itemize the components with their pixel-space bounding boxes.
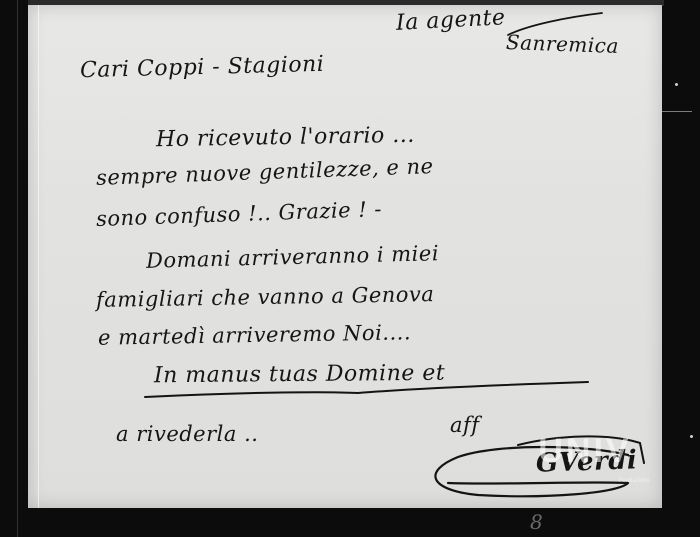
- address-line-2: Sanremica: [506, 30, 620, 58]
- frame-number: 8: [530, 510, 543, 534]
- dust-speck: [690, 435, 693, 438]
- film-scratch: [662, 111, 692, 112]
- closing: aff: [450, 413, 480, 437]
- body-line-7: In manus tuas Domine et: [154, 361, 445, 389]
- body-line-1: Ho ricevuto l'orario ...: [156, 123, 415, 153]
- watermark-subtext: Fondazione: [540, 478, 650, 485]
- watermark-logo: UNIV: [530, 432, 640, 502]
- film-edge-line: [17, 0, 18, 537]
- body-line-8: a rivederla ..: [116, 422, 258, 446]
- dust-speck: [675, 83, 678, 86]
